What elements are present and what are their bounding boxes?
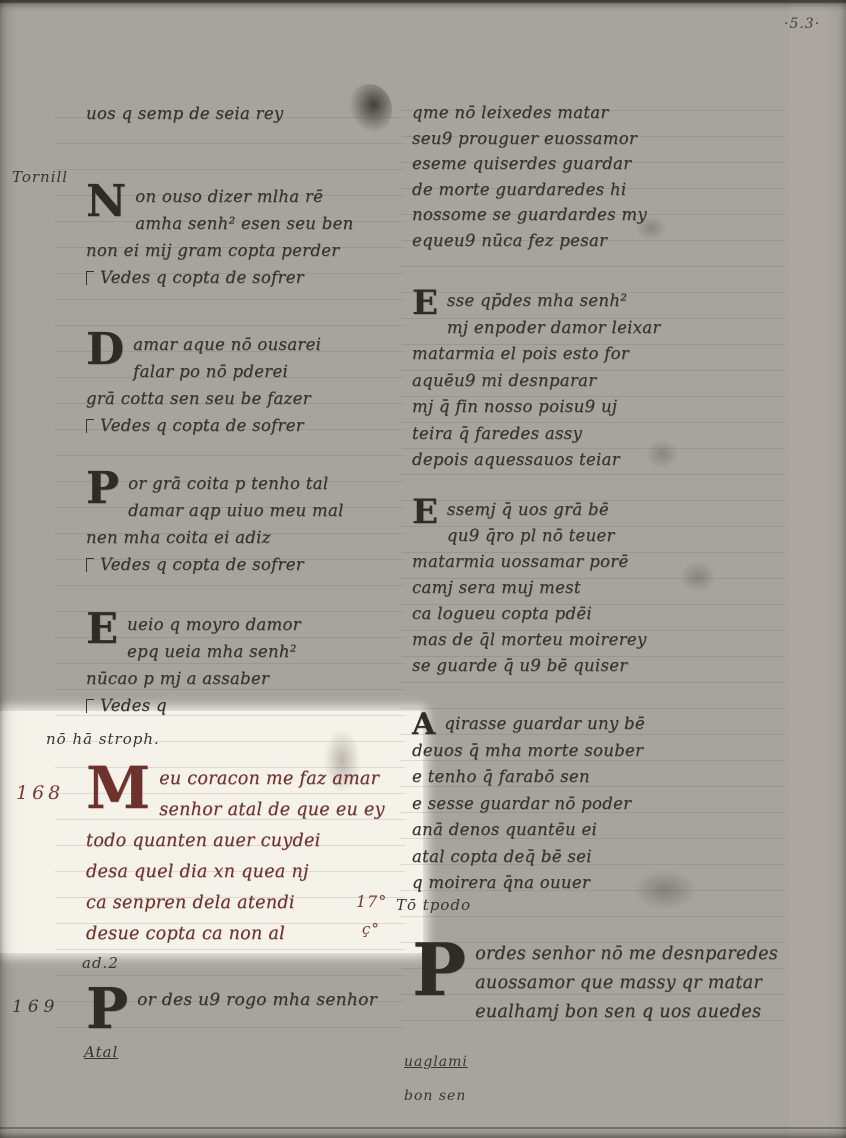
page-bottom-edge [0, 1127, 846, 1129]
annotation-bon-sen: bon sen [404, 1088, 466, 1104]
verse-line: de morte guardaredes hi [412, 177, 647, 203]
verse-line: ca senpren dela atendi [86, 888, 321, 919]
verse-line: q moirera q̄na ouuer [412, 870, 643, 897]
verse-line: qme nō leixedes matar [412, 100, 647, 126]
stanza: Meu coracon me faz amarsenhor atal de qu… [86, 764, 321, 950]
stanza: uos q semp de seia rey [86, 100, 284, 127]
folio-number: ·5.3· [784, 16, 820, 32]
annotation-to-tpodo: Tō tpodo [396, 896, 471, 914]
verse-line: grā cotta sen seu be fazer [86, 385, 311, 412]
stanza: Essemj q̄ uos grā bēqu9 q̄ro pl nō teuer… [412, 497, 647, 679]
page-fore-edge [790, 0, 846, 1138]
verse-line: mas de q̄l morteu moirerey [412, 627, 647, 653]
verse-line: non ei mij gram copta perder [86, 237, 339, 264]
verse-bracket-mark [86, 419, 94, 433]
illuminated-initial: E [86, 613, 118, 646]
page-top-edge [0, 0, 846, 3]
verse-line: todo quanten auer cuydei [86, 826, 321, 857]
verse-line: e sesse guardar nō poder [412, 791, 643, 818]
annotation-no-ha-stroph: nō hā stroph. [46, 730, 160, 748]
stanza: Pordes senhor nō me desnparedesauossamor… [412, 940, 715, 1027]
annotation-num-170b: ç° [362, 920, 380, 938]
illuminated-initial: P [412, 942, 466, 998]
verse-line: uos q semp de seia rey [86, 100, 284, 127]
annotation-ad-2: ad.2 [82, 954, 119, 972]
verse-line: desa quel dia xn quea nj [86, 857, 321, 888]
verse-line: camj sera muj mest [412, 575, 647, 601]
verse-line: matarmia uossamar porē [412, 549, 647, 575]
verse-line: deuos q̄ mha morte souber [412, 738, 643, 765]
stanza: Por grā coita p tenho taldamar aqp uiuo … [86, 470, 304, 578]
stanza: Aqirasse guardar uny bēdeuos q̄ mha mort… [412, 711, 643, 897]
verse-line: aquēu9 mi desnparar [412, 368, 629, 395]
stanza: Eueio q moyro damorepq ueia mha senh²nūc… [86, 611, 269, 719]
manuscript-page: uos q semp de seia reyNon ouso dizer mlh… [0, 0, 846, 1138]
ink-blot [678, 560, 718, 594]
verse-line: desue copta ca non al [86, 919, 321, 950]
verse-line: nen mha coita ei adiz [86, 524, 304, 551]
verse-line: anā denos quantēu ei [412, 817, 643, 844]
verse-line: nossome se guardardes my [412, 202, 647, 228]
stanza: qme nō leixedes matarseu9 prouguer euoss… [412, 100, 647, 253]
verse-line: se guarde q̄ u9 bē quiser [412, 653, 647, 679]
verse-bracket-mark [86, 558, 94, 572]
verse-line: teira q̄ faredes assy [412, 421, 629, 448]
annotation-atal: Atal [84, 1043, 118, 1061]
verse-line: mj enpoder damor leixar [412, 315, 629, 342]
verse-line: e tenho q̄ farabō sen [412, 764, 643, 791]
annotation-num-170: 17° [356, 892, 387, 911]
verse-bracket-mark [86, 271, 94, 285]
illuminated-initial: N [86, 185, 126, 219]
verse-line: nūcao p mj a assaber [86, 665, 269, 692]
verse-line: ssemj q̄ uos grā bē [412, 497, 647, 523]
verse-line: matarmia el pois esto for [412, 341, 629, 368]
verse-bracket-mark [86, 699, 94, 713]
verse-line: Vedes q [86, 692, 269, 719]
verse-line: mj q̄ fin nosso poisu9 uj [412, 394, 629, 421]
illuminated-initial: E [412, 290, 438, 317]
verse-line: Vedes q copta de sofrer [86, 551, 304, 578]
stanza: Esse qp̄des mha senh²mj enpoder damor le… [412, 288, 629, 474]
verse-line: qu9 q̄ro pl nō teuer [412, 523, 647, 549]
verse-line: Vedes q copta de sofrer [86, 412, 311, 439]
stanza: Damar aque nō ousareifalar po nō pdereig… [86, 331, 311, 439]
illuminated-initial: P [86, 988, 128, 1032]
verse-line: seu9 prouguer euossamor [412, 126, 647, 152]
illuminated-initial: M [86, 766, 150, 811]
annotation-num-169: 169 [12, 997, 59, 1017]
verse-line: qirasse guardar uny bē [412, 711, 643, 738]
verse-line: Vedes q copta de sofrer [86, 264, 339, 291]
ink-blot [644, 438, 680, 470]
stanza: Non ouso dizer mlha rēamha senh² esen se… [86, 183, 339, 291]
illuminated-initial: P [86, 472, 119, 506]
ink-blot [346, 84, 392, 136]
verse-line: atal copta deq̄ bē sei [412, 844, 643, 871]
illuminated-initial: A [412, 713, 435, 736]
annotation-ualgami: uaglami [404, 1054, 468, 1070]
illuminated-initial: E [412, 499, 438, 526]
verse-line: ca logueu copta pdēi [412, 601, 647, 627]
verse-line: equeu9 nūca fez pesar [412, 228, 647, 254]
annotation-num-168: 168 [16, 782, 64, 804]
verse-line: sse qp̄des mha senh² [412, 288, 629, 315]
verse-line: depois aquessauos teiar [412, 447, 629, 474]
illuminated-initial: D [86, 333, 124, 367]
verse-line: eseme quiserdes guardar [412, 151, 647, 177]
stanza: Por des u9 rogo mha senhor [86, 986, 326, 1032]
annotation-tornill: Tornill [12, 168, 68, 186]
